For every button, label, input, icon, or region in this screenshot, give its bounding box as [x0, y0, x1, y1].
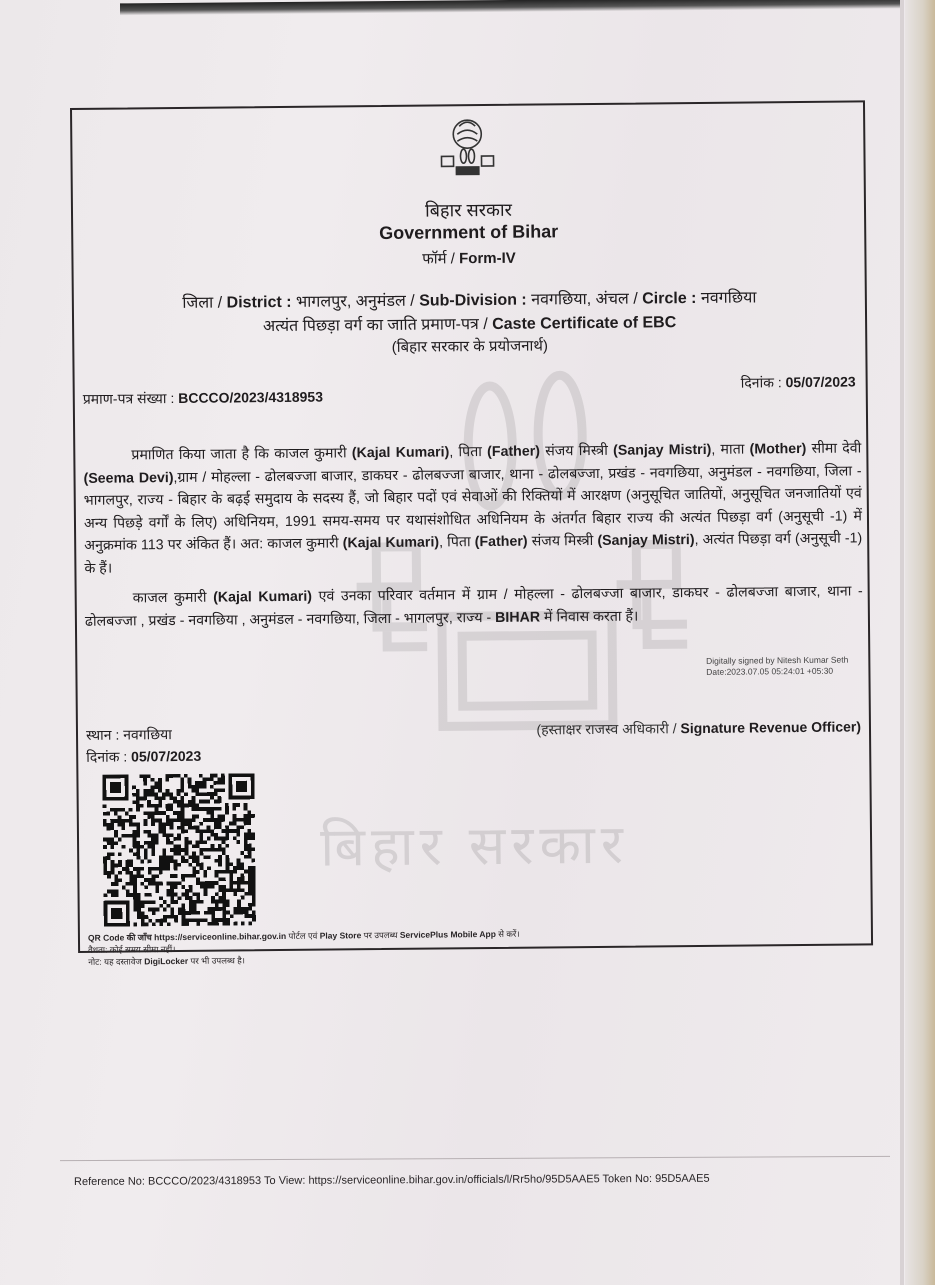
paragraph-text: , पिता — [449, 444, 487, 460]
digilocker-text: DigiLocker — [144, 956, 188, 966]
certificate-title-hindi: अत्यंत पिछड़ा वर्ग का जाति प्रमाण-पत्र / — [263, 316, 492, 335]
highlighted-name: (Kajal Kumari) — [352, 444, 450, 461]
form-label-english: Form-IV — [459, 250, 516, 268]
serviceplus-app-text: ServicePlus Mobile App — [400, 929, 496, 940]
district-label: District : — [227, 294, 292, 312]
qr-verification-note: QR Code की जाँच https://serviceonline.bi… — [88, 928, 520, 968]
highlighted-name: BIHAR — [495, 609, 540, 625]
highlighted-name: (Seema Devi) — [83, 470, 173, 487]
signature-label-hindi: (हस्ताक्षर राजस्व अधिकारी / — [536, 720, 680, 737]
form-label-hindi: फॉर्म / — [422, 250, 459, 267]
issue-place-value: नवगछिया — [123, 726, 172, 742]
issue-date-label: दिनांक : — [86, 748, 131, 764]
issue-place: स्थान : नवगछिया — [86, 725, 172, 745]
signature-label: (हस्ताक्षर राजस्व अधिकारी / Signature Re… — [536, 717, 861, 739]
highlighted-name: (Father) — [487, 444, 540, 461]
certificate-number-value: BCCCO/2023/4318953 — [178, 389, 323, 406]
district-value: भागलपुर, अनुमंडल / — [291, 293, 419, 311]
circle-label: Circle : — [642, 290, 696, 308]
play-store-text: Play Store — [320, 930, 362, 940]
residence-paragraph: काजल कुमारी (Kajal Kumari) एवं उनका परिव… — [85, 580, 863, 632]
certificate-number: प्रमाण-पत्र संख्या : BCCCO/2023/4318953 — [83, 388, 323, 409]
digilocker-note-text: पर भी उपलब्ध है। — [188, 955, 245, 966]
qr-note-text: QR Code की जाँच — [88, 932, 154, 943]
paper-edge-line — [900, 0, 904, 1285]
signature-label-english: Signature Revenue Officer) — [680, 718, 861, 736]
qr-note-text: से करें। — [496, 929, 520, 939]
paragraph-text: प्रमाणित किया जाता है कि काजल कुमारी — [131, 445, 352, 463]
subdivision-label: Sub-Division : — [419, 292, 527, 310]
digital-signature: Digitally signed by Nitesh Kumar Seth Da… — [706, 655, 848, 678]
paragraph-text: , माता — [711, 441, 749, 457]
verification-url[interactable]: https://serviceonline.bihar.gov.in — [154, 931, 286, 942]
paragraph-text: , पिता — [439, 534, 475, 550]
highlighted-name: (Sanjay Mistri) — [613, 442, 711, 459]
highlighted-name: (Sanjay Mistri) — [597, 532, 694, 549]
certification-paragraph: प्रमाणित किया जाता है कि काजल कुमारी (Ka… — [83, 437, 862, 579]
issue-place-label: स्थान : — [86, 727, 123, 743]
certificate-title-english: Caste Certificate of EBC — [492, 314, 676, 333]
certificate-date-label: दिनांक : — [741, 374, 786, 390]
digital-signature-date: Date:2023.07.05 05:24:01 +05:30 — [706, 666, 848, 678]
paragraph-text: संजय मिस्त्री — [527, 533, 597, 550]
paper-right-edge — [905, 0, 935, 1285]
subdivision-value: नवगछिया, अंचल / — [527, 291, 643, 309]
highlighted-name: (Kajal Kumari) — [343, 534, 440, 551]
issue-date-value: 05/07/2023 — [131, 748, 201, 765]
qr-note-text: पोर्टल एवं — [286, 931, 320, 941]
highlighted-name: (Father) — [475, 534, 528, 551]
certificate-date: दिनांक : 05/07/2023 — [741, 372, 856, 392]
digilocker-note-text: नोट: यह दस्तावेज — [88, 956, 144, 967]
certificate-number-label: प्रमाण-पत्र संख्या : — [83, 390, 179, 407]
issue-date: दिनांक : 05/07/2023 — [86, 747, 201, 767]
highlighted-name: (Mother) — [750, 441, 807, 458]
paragraph-text: सीमा देवी — [806, 440, 861, 457]
certificate-frame: बिहार सरकार बिहार सरकार Government of Bi… — [70, 100, 873, 953]
district-label-hindi: जिला / — [182, 295, 227, 312]
form-number: फॉर्म / Form-IV — [73, 244, 864, 272]
paragraph-text: संजय मिस्त्री — [540, 443, 613, 460]
circle-value: नवगछिया — [696, 289, 756, 307]
qr-code-icon[interactable] — [100, 773, 257, 926]
highlighted-name: (Kajal Kumari) — [213, 589, 312, 606]
certificate-date-value: 05/07/2023 — [786, 373, 856, 390]
qr-note-text: पर उपलब्ध — [361, 930, 400, 940]
bihar-bodhi-tree-emblem-icon — [427, 116, 508, 187]
paragraph-text: में निवास करता हैं। — [540, 608, 638, 625]
paragraph-text: काजल कुमारी — [133, 590, 214, 607]
